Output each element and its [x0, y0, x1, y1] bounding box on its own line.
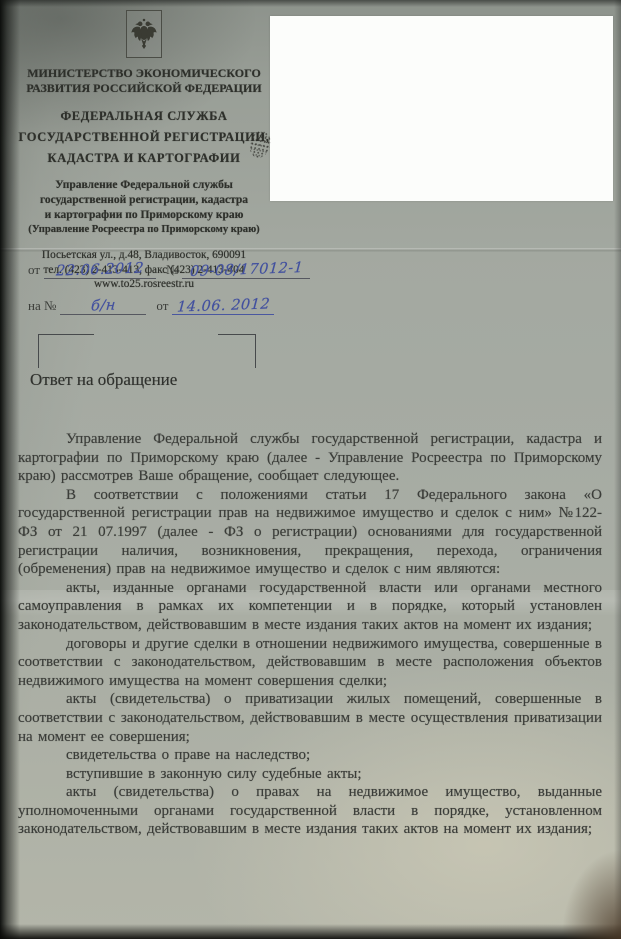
outgoing-date-blank: 22.06.2012: [44, 262, 156, 279]
double-headed-eagle-icon: [130, 14, 158, 54]
federal-service-name: ФЕДЕРАЛЬНАЯ СЛУЖБА ГОСУДАРСТВЕННОЙ РЕГИС…: [16, 106, 272, 169]
reply-number-label: на №: [28, 298, 60, 315]
body-paragraph: акты, изданные органами государственной …: [18, 579, 602, 635]
body-paragraph: свидетельства о праве на наследство;: [18, 746, 602, 765]
body-paragraph: Управление Федеральной службы государств…: [18, 430, 602, 486]
regional-office-name: Управление Федеральной службы государств…: [16, 178, 272, 237]
body-paragraph: вступившие в законную силу судебные акты…: [18, 765, 602, 784]
outgoing-number-blank: 09-08/17012-1: [182, 262, 310, 279]
body-paragraph: договоры и другие сделки в отношении нед…: [18, 635, 602, 691]
subject-title: Ответ на обращение: [30, 370, 177, 390]
redaction-box: [270, 16, 613, 201]
reply-date-blank: 14.06. 2012: [172, 298, 274, 315]
office-line: Управление Федеральной службы: [16, 178, 272, 193]
photographed-letter: МИНИСТЕРСТВО ЭКОНОМИЧЕСКОГО РАЗВИТИЯ РОС…: [0, 0, 621, 939]
photo-edge-shadow-bottom: [0, 924, 621, 939]
reply-date-handwritten: 14.06. 2012: [176, 296, 270, 315]
body-paragraph: акты (свидетельства) о приватизации жилы…: [18, 690, 602, 746]
addressee-corner-mark-right: [218, 334, 256, 368]
website: www.to25.rosreestr.ru: [16, 277, 272, 292]
photo-edge-shadow-top: [0, 0, 621, 7]
service-line: ГОСУДАРСТВЕННОЙ РЕГИСТРАЦИИ,: [16, 127, 272, 148]
letterhead: МИНИСТЕРСТВО ЭКОНОМИЧЕСКОГО РАЗВИТИЯ РОС…: [16, 8, 272, 292]
ministry-name: МИНИСТЕРСТВО ЭКОНОМИЧЕСКОГО РАЗВИТИЯ РОС…: [16, 66, 272, 95]
office-line: государственной регистрации, кадастра: [16, 193, 272, 208]
outgoing-reference-line: от 22.06.2012 № 09-08/17012-1: [28, 262, 310, 279]
body-paragraph: В соответствии с положениями статьи 17 Ф…: [18, 486, 602, 579]
body-paragraph: акты (свидетельства) о правах на недвижи…: [18, 783, 602, 839]
service-line: ФЕДЕРАЛЬНАЯ СЛУЖБА: [16, 106, 272, 127]
incoming-reference-line: на № б/н от 14.06. 2012: [28, 298, 274, 315]
outgoing-number-handwritten: 09-08/17012-1: [189, 260, 303, 280]
reply-from-label: от: [146, 298, 172, 315]
letter-body: Управление Федеральной службы государств…: [18, 430, 602, 839]
ministry-line: РАЗВИТИЯ РОССИЙСКОЙ ФЕДЕРАЦИИ: [16, 81, 272, 96]
number-label: №: [156, 262, 182, 279]
office-line: и картографии по Приморскому краю: [16, 208, 272, 223]
service-line: КАДАСТРА И КАРТОГРАФИИ: [16, 148, 272, 169]
ministry-line: МИНИСТЕРСТВО ЭКОНОМИЧЕСКОГО: [16, 66, 272, 81]
photo-edge-shadow-right: [614, 0, 621, 939]
from-label: от: [28, 262, 44, 279]
reply-number-blank: б/н: [60, 298, 146, 315]
addressee-corner-mark-left: [38, 334, 94, 368]
coat-of-arms-emblem: [126, 10, 162, 58]
office-short-name: (Управление Росреестра по Приморскому кр…: [16, 223, 272, 237]
reply-number-handwritten: б/н: [90, 298, 116, 315]
photo-corner-shadow: [561, 849, 621, 939]
outgoing-date-handwritten: 22.06.2012: [55, 260, 144, 279]
